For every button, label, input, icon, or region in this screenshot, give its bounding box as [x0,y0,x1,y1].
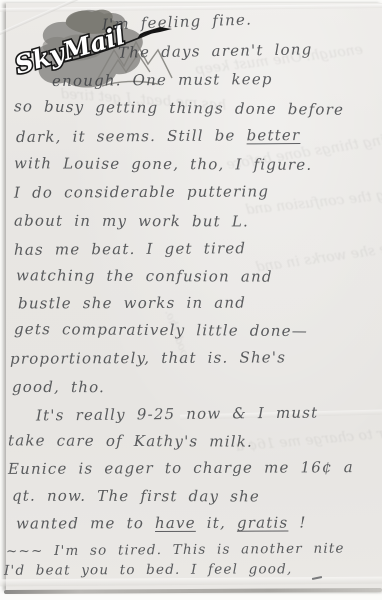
letter-line: enough. One must keep [52,69,273,91]
letter-line: dark, it seems. Still be better [16,125,300,147]
scanned-letter: enough. One must keep has me beat. I get… [0,0,382,600]
letter-line-part: wanted me to [16,514,155,532]
letter-line: so busy getting things done before [14,96,344,119]
letter-line: wanted me to have it, gratis ! [16,512,307,533]
letter-line: I do considerable puttering [14,181,269,202]
letter-line: It's really 9-25 now & I must [36,403,319,426]
underlined-word: gratis [237,514,289,532]
letter-line: ~~~ I'm so tired. This is another nite [6,539,345,562]
letter-line: watching the confusion and [16,265,273,286]
letter-line: Eunice is eager to charge me 16¢ a [8,457,354,479]
letter-line: has me beat. I get tired [14,238,246,260]
letter-line-part: dark, it seems. Still be [16,126,247,146]
letter-line-part: ! [288,513,306,531]
letter-line: with Louise gone, tho, I figure. [14,153,312,175]
letter-line: take care of Kathy's milk. [8,430,253,451]
letter-line: about in my work but L. [14,211,249,232]
letter-line: proportionately, that is. She's [10,347,286,368]
letter-line: I'd beat you to bed. I feel good, [4,559,293,581]
letter-line: qt. now. The first day she [12,486,260,507]
underlined-word: better [246,126,300,144]
underlined-word: have [155,514,196,532]
letter-line-part: it, [196,514,237,532]
letter-line: The days aren't long [118,39,313,62]
letter-line: gets comparatively little done— [14,319,308,341]
letter-line: good, tho. [12,377,105,397]
letter-line: bustle she works in and [18,293,246,314]
